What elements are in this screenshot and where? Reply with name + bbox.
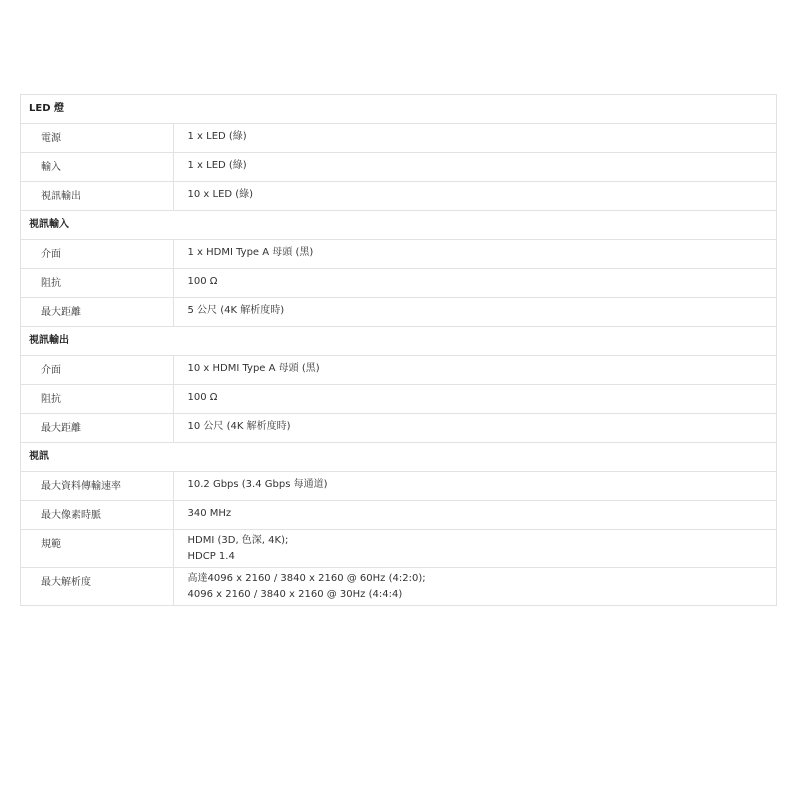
section-title: 視訊輸出 [21,327,776,356]
spec-value: 100 Ω [173,269,776,298]
spec-row: 規範 HDMI (3D, 色深, 4K); HDCP 1.4 [21,530,776,568]
spec-label: 介面 [21,240,173,269]
spec-label: 電源 [21,124,173,153]
spec-value: 5 公尺 (4K 解析度時) [173,298,776,327]
spec-value-line: 100 Ω [188,274,777,290]
spec-value-line: 10.2 Gbps (3.4 Gbps 每通道) [188,477,777,493]
spec-row: 介面 1 x HDMI Type A 母頭 (黑) [21,240,776,269]
spec-value-line: 1 x LED (綠) [188,129,777,145]
section-header-video-input: 視訊輸入 [21,211,776,240]
spec-value-line: 340 MHz [188,506,777,522]
spec-value-line: 10 公尺 (4K 解析度時) [188,419,777,435]
spec-value: 高達4096 x 2160 / 3840 x 2160 @ 60Hz (4:2:… [173,568,776,606]
spec-value-line: 1 x LED (綠) [188,158,777,174]
spec-row: 最大距離 10 公尺 (4K 解析度時) [21,414,776,443]
spec-value: 340 MHz [173,501,776,530]
section-header-video: 視訊 [21,443,776,472]
spec-value-line: 5 公尺 (4K 解析度時) [188,303,777,319]
spec-value-line: 100 Ω [188,390,777,406]
section-header-led: LED 燈 [21,95,776,124]
spec-label: 阻抗 [21,385,173,414]
section-title: LED 燈 [21,95,776,124]
spec-row: 最大解析度 高達4096 x 2160 / 3840 x 2160 @ 60Hz… [21,568,776,606]
spec-value: 10 x LED (綠) [173,182,776,211]
spec-value: 1 x LED (綠) [173,153,776,182]
spec-label: 最大距離 [21,414,173,443]
spec-label: 最大距離 [21,298,173,327]
spec-label: 介面 [21,356,173,385]
table-tail-cell [21,606,776,607]
spec-value: 10.2 Gbps (3.4 Gbps 每通道) [173,472,776,501]
spec-value-line: 1 x HDMI Type A 母頭 (黑) [188,245,777,261]
spec-value: 10 公尺 (4K 解析度時) [173,414,776,443]
spec-label: 最大像素時脈 [21,501,173,530]
spec-value-line: 10 x LED (綠) [188,187,777,203]
spec-label: 最大資料傳輸速率 [21,472,173,501]
spec-row: 輸入 1 x LED (綠) [21,153,776,182]
spec-label: 規範 [21,530,173,568]
spec-label: 最大解析度 [21,568,173,606]
spec-row: 介面 10 x HDMI Type A 母頭 (黑) [21,356,776,385]
table-tail [21,606,776,607]
spec-value: HDMI (3D, 色深, 4K); HDCP 1.4 [173,530,776,568]
spec-value: 10 x HDMI Type A 母頭 (黑) [173,356,776,385]
section-title: 視訊 [21,443,776,472]
spec-row: 視訊輸出 10 x LED (綠) [21,182,776,211]
spec-label: 輸入 [21,153,173,182]
section-title: 視訊輸入 [21,211,776,240]
spec-row: 最大距離 5 公尺 (4K 解析度時) [21,298,776,327]
spec-row: 最大像素時脈 340 MHz [21,501,776,530]
spec-table-container: LED 燈 電源 1 x LED (綠) 輸入 1 x LED (綠) 視訊輸出… [20,94,777,606]
spec-value: 1 x HDMI Type A 母頭 (黑) [173,240,776,269]
spec-value-line: 4096 x 2160 / 3840 x 2160 @ 30Hz (4:4:4) [188,587,777,603]
section-header-video-output: 視訊輸出 [21,327,776,356]
spec-label: 阻抗 [21,269,173,298]
spec-row: 阻抗 100 Ω [21,269,776,298]
spec-row: 電源 1 x LED (綠) [21,124,776,153]
spec-label: 視訊輸出 [21,182,173,211]
spec-value: 1 x LED (綠) [173,124,776,153]
spec-value-line: HDMI (3D, 色深, 4K); [188,533,777,549]
spec-value-line: 高達4096 x 2160 / 3840 x 2160 @ 60Hz (4:2:… [188,571,777,587]
spec-value: 100 Ω [173,385,776,414]
spec-row: 最大資料傳輸速率 10.2 Gbps (3.4 Gbps 每通道) [21,472,776,501]
spec-row: 阻抗 100 Ω [21,385,776,414]
spec-value-line: 10 x HDMI Type A 母頭 (黑) [188,361,777,377]
spec-value-line: HDCP 1.4 [188,549,777,565]
spec-table: LED 燈 電源 1 x LED (綠) 輸入 1 x LED (綠) 視訊輸出… [21,94,776,606]
